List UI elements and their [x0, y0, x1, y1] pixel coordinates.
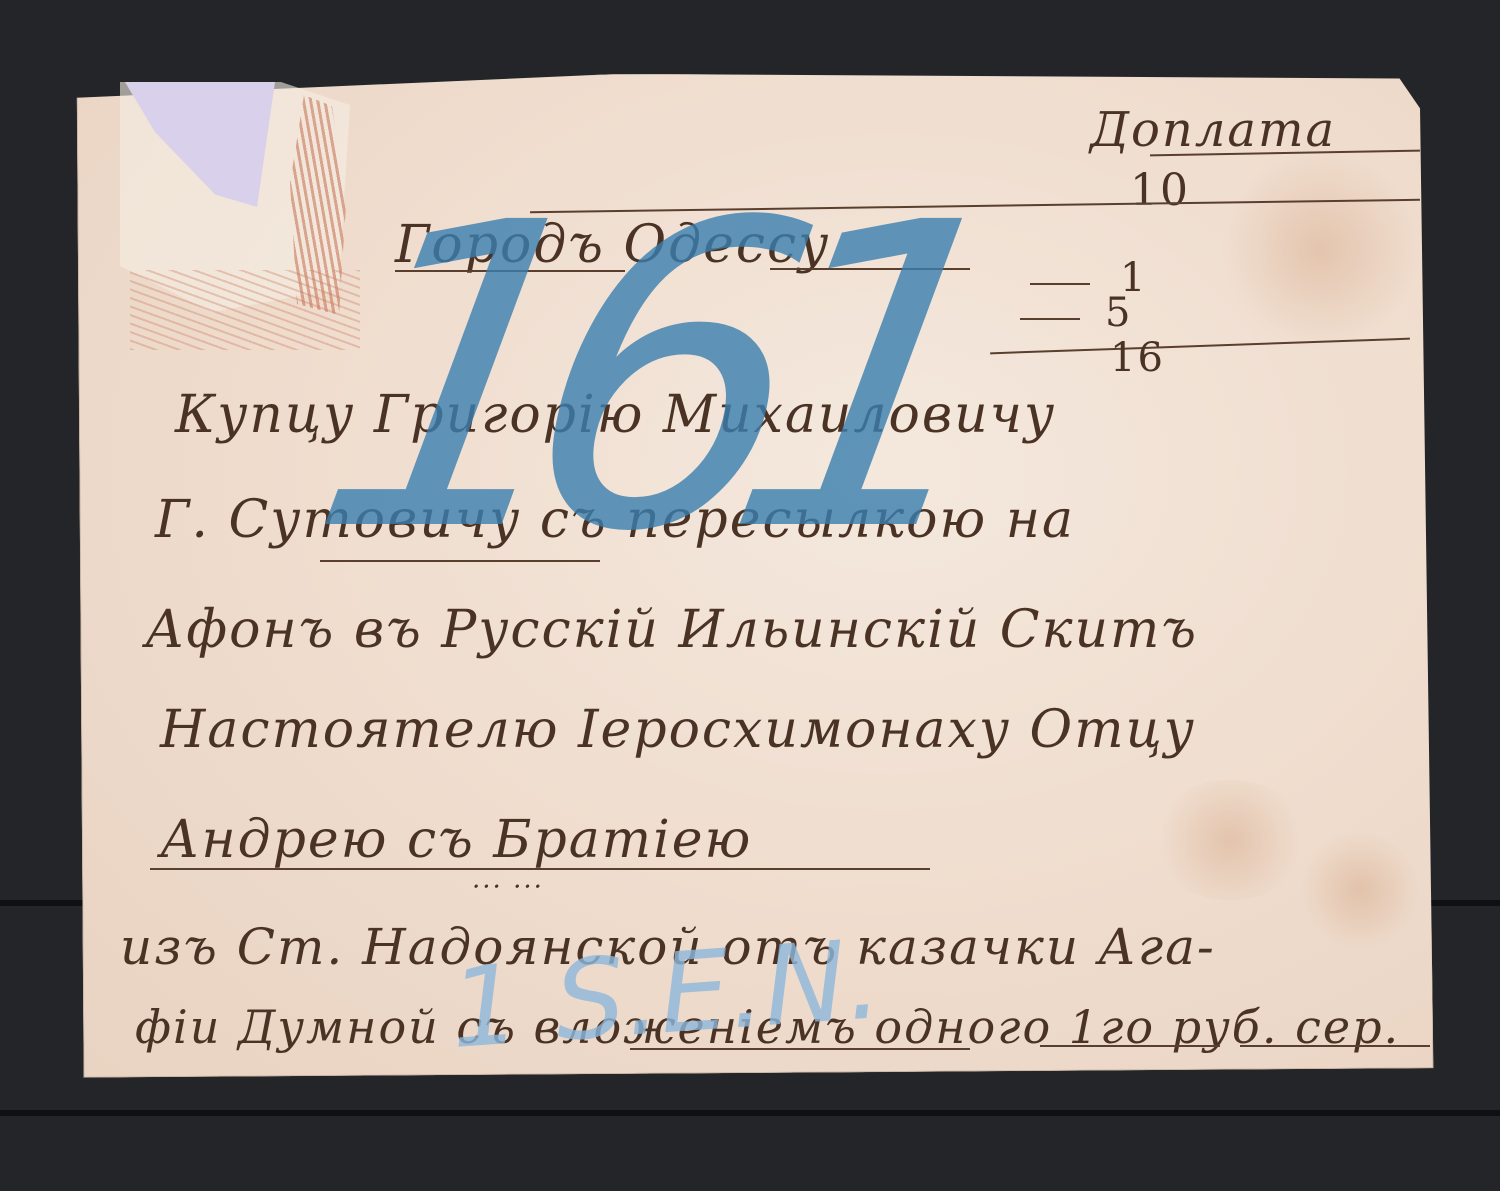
rule [1240, 1045, 1430, 1047]
rule [1020, 318, 1080, 320]
inverted-note: ... ... [470, 878, 542, 908]
stain [1300, 830, 1420, 950]
red-cancel-trace [130, 270, 360, 350]
rate-mark: 10 [1130, 165, 1190, 216]
rate-mark: 5 [1105, 290, 1132, 336]
rule [1030, 283, 1090, 285]
address-line-abbot: Настоятелю Іеросхимонаху Отцу [160, 700, 1196, 760]
blue-crayon-numeral: 161 [293, 170, 989, 590]
rule [1040, 1045, 1220, 1047]
stain [1220, 150, 1420, 350]
address-line-brethren: Андрею съ Братіею [160, 810, 752, 870]
rate-mark: 16 [1110, 335, 1165, 381]
postage-due-marking: Доплата [1090, 102, 1336, 158]
stain [1150, 780, 1310, 900]
rule [150, 868, 930, 870]
background-stripe-bottom [0, 1110, 1500, 1116]
